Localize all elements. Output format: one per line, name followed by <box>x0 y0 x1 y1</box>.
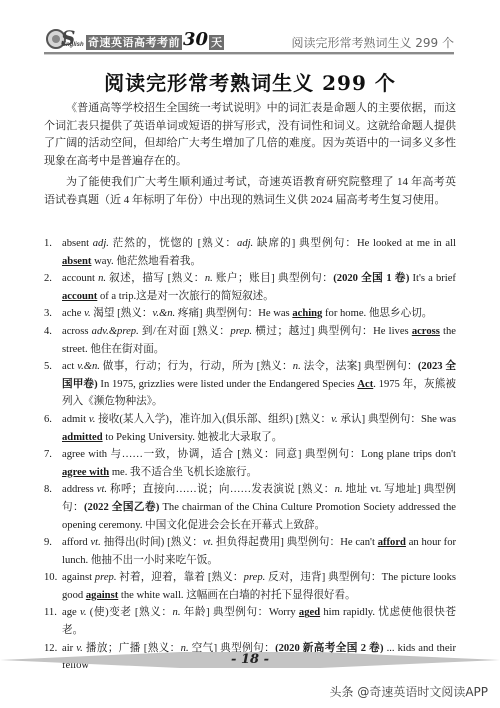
familiar-pos: n. <box>335 484 343 495</box>
entry-word: ache <box>62 308 81 319</box>
familiar-label: [熟义： <box>296 414 331 425</box>
vocabulary-list: 1.absent adj. 茫然的，恍惚的 [熟义：adj. 缺席的] 典型例句… <box>44 235 456 675</box>
example-text-after: of a trip.这是对一次旅行的简短叙述。 <box>97 291 274 302</box>
example-text-after: me. 我不适合坐飞机长途旅行。 <box>109 467 257 478</box>
entry-pos: v. <box>84 308 91 319</box>
example-source: (2022 全国乙卷) <box>84 502 159 513</box>
entry-number: 2. <box>44 270 62 305</box>
entry-pos: n. <box>98 273 106 284</box>
entry-word: afford <box>62 537 88 548</box>
entry-meaning: 接收(某人入学)，准许加入(俱乐部、组织) <box>98 414 293 425</box>
familiar-meaning: 横过；越过] <box>255 326 314 337</box>
familiar-pos: n. <box>293 361 301 372</box>
entry-number: 1. <box>44 235 62 270</box>
example-label: 典型例句： <box>318 326 374 337</box>
entry-number: 11. <box>44 604 62 639</box>
example-label: 典型例句： <box>213 607 269 618</box>
familiar-meaning: 法令，法案] <box>304 361 361 372</box>
familiar-meaning: 担负得起费用] <box>216 537 284 548</box>
example-text-after: for home. 他思乡心切。 <box>322 308 432 319</box>
entry-word: against <box>62 572 92 583</box>
entry-pos: prep. <box>95 572 117 583</box>
logo-english-text: English <box>62 42 84 48</box>
familiar-label: [熟义： <box>117 308 152 319</box>
entry-body: age v. (使)变老 [熟义：n. 年龄] 典型例句：Worry aged … <box>62 604 456 639</box>
example-text: He lives <box>373 326 412 337</box>
familiar-meaning: 同意] <box>275 449 301 460</box>
example-source: (2020 全国 1 卷) <box>333 273 409 284</box>
list-item: 2.account n. 叙述，描写 [熟义：n. 账户；账目] 典型例句：(2… <box>44 270 456 305</box>
example-text-after: to Peking University. 她被北大录取了。 <box>103 432 283 443</box>
entry-meaning: 叙述，描写 <box>109 273 164 284</box>
example-label: 典型例句： <box>299 238 357 249</box>
example-keyword: across <box>412 326 440 337</box>
entry-word: across <box>62 326 88 337</box>
example-text: He can't <box>340 537 377 548</box>
list-item: 1.absent adj. 茫然的，恍惚的 [熟义：adj. 缺席的] 典型例句… <box>44 235 456 270</box>
entry-pos: v. <box>89 414 96 425</box>
familiar-meaning: 年龄] <box>184 607 210 618</box>
entry-word: account <box>62 273 95 284</box>
familiar-meaning: 疼痛] <box>178 308 203 319</box>
entry-meaning: (使)变老 <box>90 607 132 618</box>
example-keyword: admitted <box>62 432 103 443</box>
familiar-label: [熟义： <box>167 537 203 548</box>
list-item: 10.against prep. 衬着，迎着，靠着 [熟义：prep. 反对，违… <box>44 569 456 604</box>
example-keyword: aged <box>299 607 320 618</box>
familiar-label: [熟义： <box>135 607 173 618</box>
entry-body: across adv.&prep. 到/在对面 [熟义：prep. 横过；越过]… <box>62 323 456 358</box>
example-text-after: way. 他茫然地看着我。 <box>91 256 201 267</box>
entry-pos: v.&n. <box>77 361 100 372</box>
example-keyword: against <box>86 590 118 601</box>
page-number: - 18 - <box>0 652 500 667</box>
example-keyword: aching <box>292 308 322 319</box>
entry-body: address vt. 称呼；直接向……说；向……发表演说 [熟义：n. 地址 … <box>62 481 456 534</box>
entry-pos: adj. <box>93 238 109 249</box>
example-text: In 1975, grizzlies were listed under the… <box>98 379 358 390</box>
header-divider-light <box>44 54 454 55</box>
example-text-after: the white wall. 这幅画在白墙的衬托下显得很好看。 <box>118 590 355 601</box>
entry-word: act <box>62 361 74 372</box>
entry-number: 10. <box>44 569 62 604</box>
intro-paragraph-1: 《普通高等学校招生全国统一考试说明》中的词汇表是命题人的主要依据，而这个词汇表只… <box>44 100 456 170</box>
example-keyword: agree with <box>62 467 109 478</box>
logo: S English <box>44 27 82 51</box>
example-keyword: Act <box>357 379 373 390</box>
example-label: 典型例句： <box>364 361 418 372</box>
entry-meaning: 抽得出(时间) <box>104 537 165 548</box>
entry-number: 4. <box>44 323 62 358</box>
familiar-meaning: 账户；账目] <box>216 273 275 284</box>
familiar-label: [熟义： <box>298 484 335 495</box>
familiar-meaning: 反对，违背] <box>268 572 325 583</box>
entry-body: account n. 叙述，描写 [熟义：n. 账户；账目] 典型例句：(202… <box>62 270 456 305</box>
example-text: He looked at me in all <box>357 238 456 249</box>
familiar-meaning: 缺席的] <box>257 238 295 249</box>
list-item: 11.age v. (使)变老 [熟义：n. 年龄] 典型例句：Worry ag… <box>44 604 456 639</box>
example-label: 典型例句： <box>328 572 382 583</box>
brand-suffix: 天 <box>209 35 224 50</box>
entry-number: 8. <box>44 481 62 534</box>
entry-body: afford vt. 抽得出(时间) [熟义：vt. 担负得起费用] 典型例句：… <box>62 534 456 569</box>
page-title: 阅读完形常考熟词生义 299 个 <box>0 67 500 96</box>
familiar-label: [熟义： <box>193 326 230 337</box>
familiar-pos: n. <box>173 607 181 618</box>
entry-body: against prep. 衬着，迎着，靠着 [熟义：prep. 反对，违背] … <box>62 569 456 604</box>
entry-number: 5. <box>44 358 62 411</box>
example-label: 典型例句： <box>305 449 361 460</box>
familiar-label: [熟义： <box>168 273 205 284</box>
page-header: S English 奇速英语高考考前 30 天 阅读完形常考熟词生义 299 个 <box>0 0 500 58</box>
list-item: 7.agree with 与……一致，协调，适合 [熟义：同意] 典型例句：Lo… <box>44 446 456 481</box>
familiar-label: [熟义： <box>237 449 275 460</box>
familiar-meaning: 地址 vt. 写地址] <box>346 484 421 495</box>
entry-number: 6. <box>44 411 62 446</box>
familiar-pos: prep. <box>230 326 252 337</box>
example-label: 典型例句： <box>287 537 341 548</box>
entry-number: 3. <box>44 305 62 323</box>
entry-word: admit <box>62 414 86 425</box>
familiar-label: [熟义： <box>198 238 237 249</box>
brand-number: 30 <box>183 32 208 47</box>
entry-meaning: 称呼；直接向……说；向……发表演说 <box>110 484 295 495</box>
entry-body: admit v. 接收(某人入学)，准许加入(俱乐部、组织) [熟义：v. 承认… <box>62 411 456 446</box>
brand-text: 奇速英语高考考前 <box>86 35 182 50</box>
intro-paragraph-2: 为了能使我们广大考生顺利通过考试，奇速英语教育研究院整理了 14 年高考英语试卷… <box>44 174 456 209</box>
entry-word: agree with <box>62 449 107 460</box>
entry-meaning: 茫然的，恍惚的 <box>113 238 194 249</box>
list-item: 5.act v.&n. 做事，行动；行为，行动，所为 [熟义：n. 法令，法案]… <box>44 358 456 411</box>
list-item: 4.across adv.&prep. 到/在对面 [熟义：prep. 横过；越… <box>44 323 456 358</box>
familiar-pos: n. <box>205 273 213 284</box>
example-label: 典型例句： <box>205 308 258 319</box>
example-text: Worry <box>269 607 299 618</box>
example-label: 典型例句： <box>368 414 421 425</box>
entry-body: absent adj. 茫然的，恍惚的 [熟义：adj. 缺席的] 典型例句：H… <box>62 235 456 270</box>
list-item: 8.address vt. 称呼；直接向……说；向……发表演说 [熟义：n. 地… <box>44 481 456 534</box>
entry-meaning: 与……一致，协调，适合 <box>110 449 233 460</box>
entry-word: address <box>62 484 94 495</box>
entry-pos: v. <box>80 607 87 618</box>
example-text: He was <box>258 308 292 319</box>
watermark: 头条 @奇速英语时文阅读APP <box>330 683 489 700</box>
example-keyword: absent <box>62 256 91 267</box>
entry-meaning: 做事，行动；行为，行动，所为 <box>103 361 254 372</box>
example-text: It's a brief <box>409 273 456 284</box>
entry-pos: vt. <box>97 484 107 495</box>
familiar-pos: prep. <box>244 572 266 583</box>
entry-number: 9. <box>44 534 62 569</box>
familiar-pos: vt. <box>203 537 213 548</box>
example-text: Long plane trips don't <box>361 449 456 460</box>
example-label: 典型例句： <box>278 273 333 284</box>
list-item: 6.admit v. 接收(某人入学)，准许加入(俱乐部、组织) [熟义：v. … <box>44 411 456 446</box>
entry-body: act v.&n. 做事，行动；行为，行动，所为 [熟义：n. 法令，法案] 典… <box>62 358 456 411</box>
familiar-label: [熟义： <box>257 361 293 372</box>
section-title: 阅读完形常考熟词生义 299 个 <box>291 34 454 51</box>
familiar-meaning: 承认] <box>340 414 365 425</box>
familiar-pos: adj. <box>237 238 253 249</box>
entry-body: ache v. 渴望 [熟义：v.&n. 疼痛] 典型例句：He was ach… <box>62 305 456 323</box>
entry-word: age <box>62 607 77 618</box>
entry-pos: vt. <box>90 537 100 548</box>
entry-body: agree with 与……一致，协调，适合 [熟义：同意] 典型例句：Long… <box>62 446 456 481</box>
brand-banner: 奇速英语高考考前 30 天 <box>86 35 224 50</box>
entry-meaning: 衬着，迎着，靠着 <box>119 572 205 583</box>
entry-pos: adv.&prep. <box>92 326 139 337</box>
example-text: She was <box>421 414 456 425</box>
familiar-pos: v. <box>331 414 338 425</box>
entry-meaning: 到/在对面 <box>142 326 190 337</box>
entry-word: absent <box>62 238 89 249</box>
entry-meaning: 渴望 <box>93 308 114 319</box>
entry-number: 7. <box>44 446 62 481</box>
familiar-pos: v.&n. <box>152 308 175 319</box>
list-item: 9.afford vt. 抽得出(时间) [熟义：vt. 担负得起费用] 典型例… <box>44 534 456 569</box>
example-keyword: afford <box>378 537 406 548</box>
list-item: 3.ache v. 渴望 [熟义：v.&n. 疼痛] 典型例句：He was a… <box>44 305 456 323</box>
familiar-label: [熟义： <box>208 572 244 583</box>
example-keyword: account <box>62 291 97 302</box>
